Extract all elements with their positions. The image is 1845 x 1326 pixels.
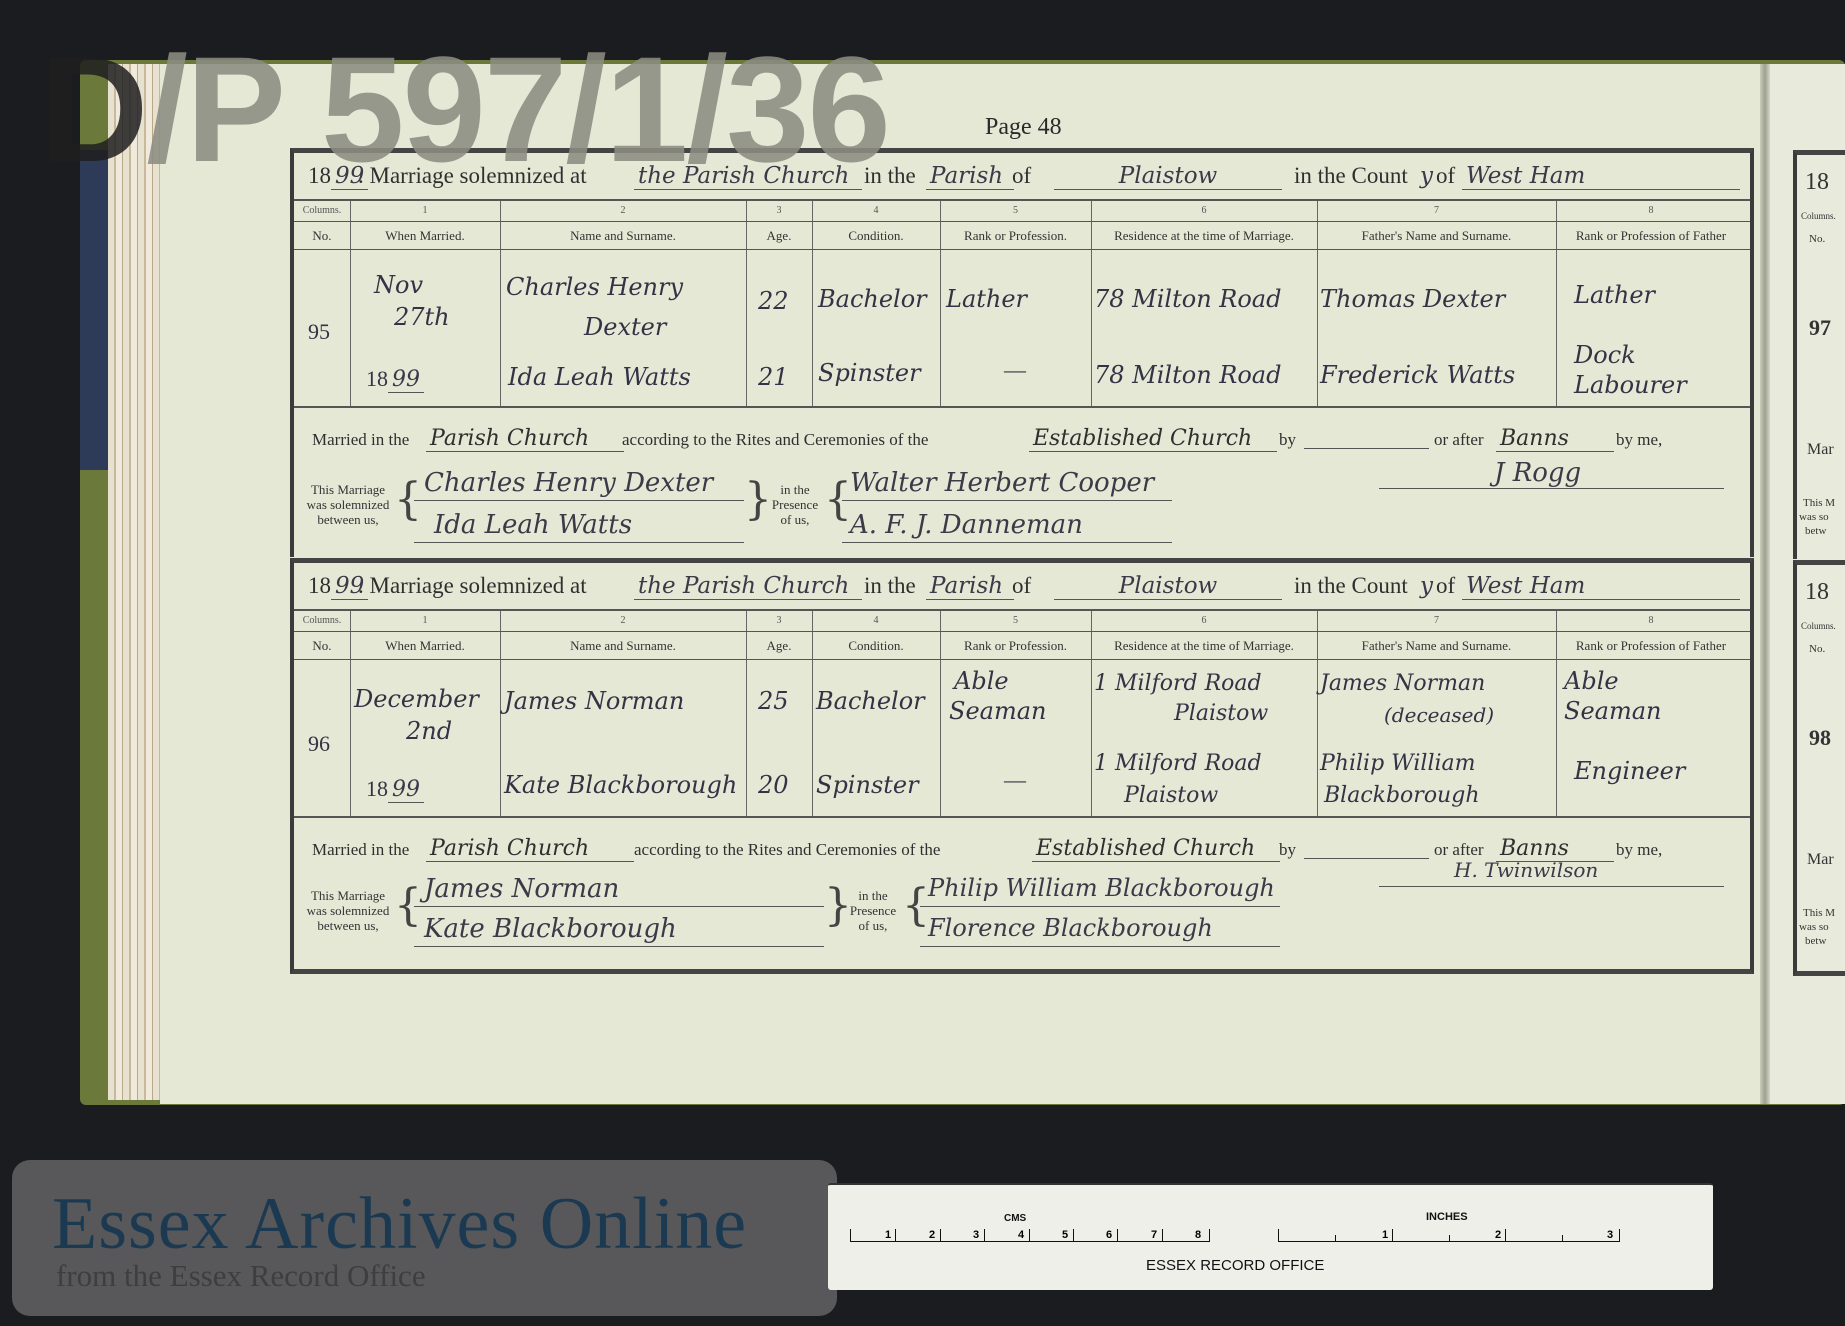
groom-residence-1: 1 Milford Road <box>1094 671 1262 696</box>
page-number: Page 48 <box>985 114 1062 141</box>
county-of-label: of <box>1436 163 1455 189</box>
cm-mark: 7 <box>1151 1229 1157 1241</box>
column-number: 8 <box>1556 615 1746 626</box>
by-label: by <box>1279 430 1296 450</box>
bride-residence: 78 Milton Road <box>1094 361 1281 389</box>
venue: the Parish Church <box>634 573 862 600</box>
reference-number: /P 597/1/36 <box>146 25 889 193</box>
groom-residence-2: Plaistow <box>1174 701 1268 726</box>
groom-father-profession: Lather <box>1574 281 1655 309</box>
bride-profession: — <box>1004 357 1026 383</box>
header-residence: Residence at the time of Marriage. <box>1091 638 1317 654</box>
cm-mark: 6 <box>1106 1229 1112 1241</box>
header-father-name: Father's Name and Surname. <box>1317 638 1556 654</box>
date-month: Nov <box>374 271 423 299</box>
groom-condition: Bachelor <box>818 285 927 313</box>
bride-condition: Spinster <box>818 359 921 387</box>
cm-mark: 2 <box>929 1229 935 1241</box>
groom-residence: 78 Milton Road <box>1094 285 1281 313</box>
witness-2-signature: A. F. J. Danneman <box>850 510 1083 540</box>
rites-label: according to the Rites and Ceremonies of… <box>622 430 928 450</box>
date-day: 2nd <box>406 717 452 745</box>
of-label: of <box>1012 573 1031 599</box>
date-year: 1899 <box>366 776 424 802</box>
county-suffix: y <box>1420 573 1433 599</box>
no-label: No. <box>1809 233 1825 245</box>
columns-label: Columns. <box>1801 621 1836 631</box>
groom-name: Charles Henry <box>506 273 683 301</box>
presence-label: in thePresenceof us, <box>764 482 826 527</box>
county: West Ham <box>1462 573 1740 600</box>
county-label: in the Count <box>1294 573 1408 599</box>
date-day: 27th <box>394 303 450 331</box>
groom-father: Thomas Dexter <box>1320 285 1505 313</box>
header-age: Age. <box>746 638 812 654</box>
witness-1-signature: Walter Herbert Cooper <box>850 468 1154 498</box>
reference-prefix: D <box>40 25 146 193</box>
groom-age: 22 <box>758 287 789 315</box>
column-number: 1 <box>350 615 500 626</box>
district: Plaistow <box>1054 573 1282 600</box>
document-reference-watermark: D/P 597/1/36 <box>40 34 889 184</box>
column-number: 8 <box>1556 205 1746 216</box>
or-after-label: or after <box>1434 430 1484 450</box>
this-marriage-fragment: betw <box>1805 935 1826 947</box>
cm-mark: 5 <box>1062 1229 1068 1241</box>
groom-profession: Lather <box>946 285 1027 313</box>
cm-mark: 8 <box>1195 1229 1201 1241</box>
or-after-label: or after <box>1434 840 1484 860</box>
year-prefix: 18 <box>308 573 331 598</box>
officiant-signature: H. Twinwilson <box>1454 858 1598 882</box>
county-label: in the Count <box>1294 163 1408 189</box>
columns-label: Columns. <box>294 205 350 216</box>
column-number: 4 <box>812 205 940 216</box>
logo-title: Essex Archives Online <box>52 1182 747 1267</box>
header-when-married: When Married. <box>350 638 500 654</box>
bride-condition: Spinster <box>816 771 919 799</box>
facing-entry-97: 18 Columns. No. 97 Mar This M was so bet… <box>1793 150 1845 559</box>
entry-table: Columns. 1 2 3 4 5 6 7 8 No. When Marrie… <box>294 199 1750 406</box>
rites-value: Established Church <box>1032 836 1280 862</box>
this-marriage-fragment: This M <box>1803 497 1835 509</box>
header-condition: Condition. <box>812 228 940 244</box>
of-label: of <box>1012 163 1031 189</box>
district: Plaistow <box>1054 163 1282 190</box>
bride-name: Kate Blackborough <box>504 771 737 799</box>
officiant-signature: J Rogg <box>1494 458 1581 488</box>
entry-number: 98 <box>1809 725 1831 751</box>
bride-father-profession-1: Dock <box>1574 341 1636 369</box>
column-number: 3 <box>746 205 812 216</box>
banns-value: Banns <box>1496 426 1614 452</box>
book-spine-strip <box>80 150 108 470</box>
county-of-label: of <box>1436 573 1455 599</box>
married-fragment: Mar <box>1807 851 1834 869</box>
inches-label: INCHES <box>1426 1211 1468 1223</box>
this-marriage-fragment: betw <box>1805 525 1826 537</box>
district-type: Parish <box>926 163 1014 190</box>
column-number: 1 <box>350 205 500 216</box>
bride-father: Frederick Watts <box>1320 361 1515 389</box>
record-office-label: ESSEX RECORD OFFICE <box>1146 1257 1324 1274</box>
column-number: 2 <box>500 205 746 216</box>
bride-father-2: Blackborough <box>1324 783 1479 808</box>
inch-mark: 1 <box>1382 1229 1388 1241</box>
date-month: December <box>354 685 479 713</box>
column-number: 6 <box>1091 205 1317 216</box>
header-age: Age. <box>746 228 812 244</box>
certification-block: Married in the Parish Church according t… <box>294 406 1750 557</box>
rites-value: Established Church <box>1029 426 1277 452</box>
column-number: 3 <box>746 615 812 626</box>
header-no: No. <box>294 638 350 654</box>
entry-table: Columns. 1 2 3 4 5 6 7 8 No. When Marrie… <box>294 609 1750 816</box>
county: West Ham <box>1462 163 1740 190</box>
this-marriage-fragment: was so <box>1799 921 1829 933</box>
cm-mark: 3 <box>973 1229 979 1241</box>
county-suffix: y <box>1420 163 1433 189</box>
this-marriage-label: This Marriagewas solemnizedbetween us, <box>298 482 398 527</box>
groom-profession-1: Able <box>954 667 1009 695</box>
header-rank: Rank or Profession. <box>940 638 1091 654</box>
date-year-prefix: 18 <box>366 366 388 391</box>
no-label: No. <box>1809 643 1825 655</box>
in-the-label: in the <box>864 573 916 599</box>
column-number: 7 <box>1317 615 1556 626</box>
groom-profession-2: Seaman <box>949 697 1046 725</box>
bride-profession: — <box>1004 767 1026 793</box>
book-gutter <box>1760 64 1770 1104</box>
header-rank: Rank or Profession. <box>940 228 1091 244</box>
cm-mark: 1 <box>885 1229 891 1241</box>
bride-age: 20 <box>758 771 789 799</box>
header-no: No. <box>294 228 350 244</box>
groom-condition: Bachelor <box>816 687 925 715</box>
date-year-suffix: 99 <box>388 367 424 393</box>
by-label: by <box>1279 840 1296 860</box>
page-edges <box>108 64 166 1100</box>
bride-father-profession: Engineer <box>1574 757 1685 785</box>
by-me-label: by me, <box>1616 840 1662 860</box>
cm-scale: 1 2 3 4 5 6 7 8 <box>850 1229 1210 1242</box>
married-in-label: Married in the <box>312 430 409 450</box>
witness-1-signature: Philip William Blackborough <box>928 874 1275 902</box>
groom-father-profession-1: Able <box>1564 667 1619 695</box>
district-type: Parish <box>926 573 1014 600</box>
inch-mark: 2 <box>1495 1229 1501 1241</box>
date-year: 1899 <box>366 366 424 392</box>
bride-signature: Ida Leah Watts <box>434 510 632 540</box>
column-number: 7 <box>1317 205 1556 216</box>
inch-scale: 1 2 3 <box>1278 1229 1620 1242</box>
entry-number: 95 <box>308 319 330 345</box>
married-in-label: Married in the <box>312 840 409 860</box>
this-marriage-fragment: This M <box>1803 907 1835 919</box>
date-year-prefix: 18 <box>366 776 388 801</box>
year-fragment: 18 <box>1805 169 1829 196</box>
entry-number: 96 <box>308 731 330 757</box>
cm-mark: 4 <box>1018 1229 1024 1241</box>
column-number: 5 <box>940 205 1091 216</box>
header-father-rank: Rank or Profession of Father <box>1556 228 1746 244</box>
certification-block: Married in the Parish Church according t… <box>294 816 1750 966</box>
header-when-married: When Married. <box>350 228 500 244</box>
bride-residence-2: Plaistow <box>1124 783 1218 808</box>
married-in-value: Parish Church <box>426 426 624 452</box>
presence-label: in thePresenceof us, <box>842 888 904 933</box>
header-condition: Condition. <box>812 638 940 654</box>
cms-label: CMS <box>1004 1213 1026 1224</box>
groom-father-profession-2: Seaman <box>1564 697 1661 725</box>
column-number: 2 <box>500 615 746 626</box>
inch-mark: 3 <box>1607 1229 1613 1241</box>
column-number: 6 <box>1091 615 1317 626</box>
column-number: 5 <box>940 615 1091 626</box>
header-father-name: Father's Name and Surname. <box>1317 228 1556 244</box>
groom-signature: James Norman <box>424 874 619 904</box>
marriage-entry-96: 1899 . Marriage solemnized at the Parish… <box>290 558 1754 974</box>
bride-father-profession-2: Labourer <box>1574 371 1687 399</box>
header-father-rank: Rank or Profession of Father <box>1556 638 1746 654</box>
heading-solemnized-label: . Marriage solemnized at <box>358 573 587 599</box>
bride-age: 21 <box>758 363 789 391</box>
entry-heading: 1899 . Marriage solemnized at the Parish… <box>294 563 1750 609</box>
witness-2-signature: Florence Blackborough <box>928 914 1213 942</box>
bride-residence-1: 1 Milford Road <box>1094 751 1262 776</box>
rites-label: according to the Rites and Ceremonies of… <box>634 840 940 860</box>
marriage-entry-95: 1899 . Marriage solemnized at the Parish… <box>290 148 1754 557</box>
bride-name: Ida Leah Watts <box>508 363 691 391</box>
groom-age: 25 <box>758 687 789 715</box>
entry-number: 97 <box>1809 315 1831 341</box>
header-name: Name and Surname. <box>500 228 746 244</box>
groom-surname: Dexter <box>584 313 666 341</box>
date-year-suffix: 99 <box>388 777 424 803</box>
facing-entry-98: 18 Columns. No. 98 Mar This M was so bet… <box>1793 560 1845 976</box>
groom-father-2: (deceased) <box>1384 703 1494 727</box>
header-residence: Residence at the time of Marriage. <box>1091 228 1317 244</box>
bride-father-1: Philip William <box>1320 751 1476 776</box>
column-number: 4 <box>812 615 940 626</box>
year-fragment: 18 <box>1805 579 1829 606</box>
columns-label: Columns. <box>294 615 350 626</box>
columns-label: Columns. <box>1801 211 1836 221</box>
groom-father-1: James Norman <box>1320 671 1485 696</box>
married-in-value: Parish Church <box>426 836 634 862</box>
groom-name: James Norman <box>504 687 684 715</box>
married-fragment: Mar <box>1807 441 1834 459</box>
logo-subtitle: from the Essex Record Office <box>56 1258 426 1294</box>
this-marriage-label: This Marriagewas solemnizedbetween us, <box>298 888 398 933</box>
header-name: Name and Surname. <box>500 638 746 654</box>
by-me-label: by me, <box>1616 430 1662 450</box>
bride-signature: Kate Blackborough <box>424 914 677 944</box>
groom-signature: Charles Henry Dexter <box>424 468 713 498</box>
this-marriage-fragment: was so <box>1799 511 1829 523</box>
scale-ruler: CMS 1 2 3 4 5 6 7 8 INCHES 1 2 3 ESSEX R… <box>828 1183 1713 1290</box>
